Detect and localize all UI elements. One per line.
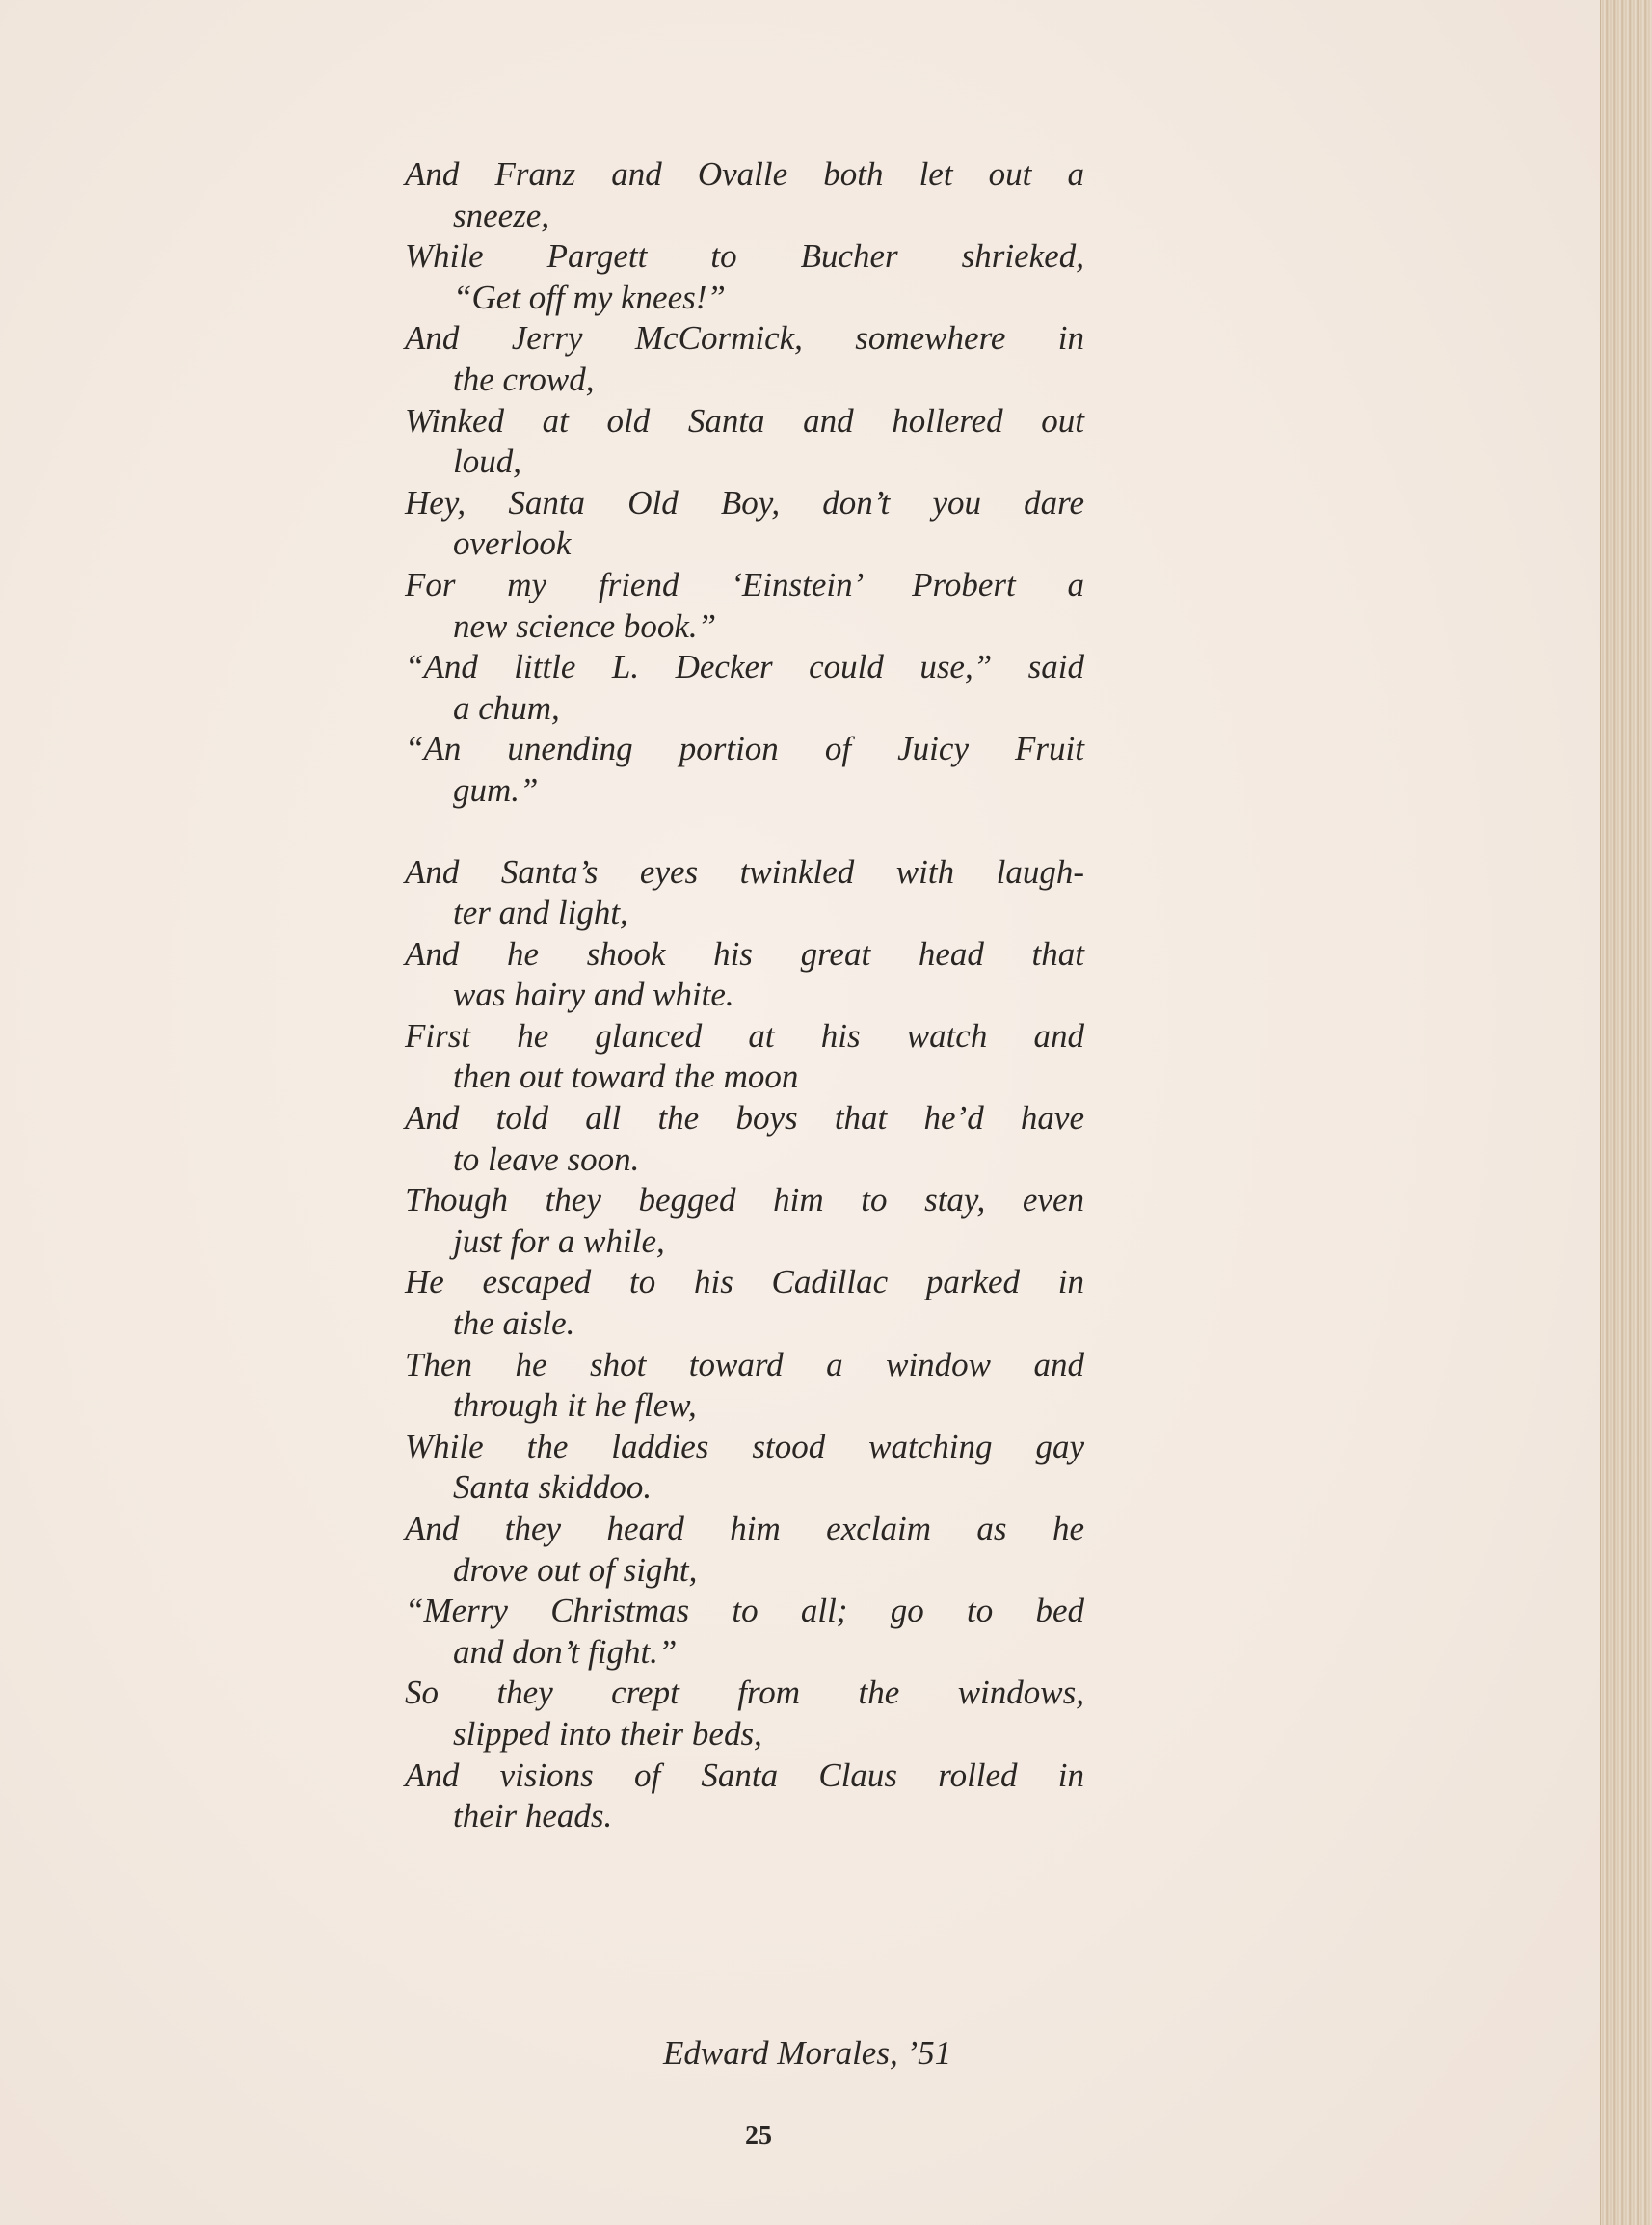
stanza-2: And Santa’s eyes twinkled with laugh-ter… [405,852,1084,1837]
verse-line: And visions of Santa Claus rolled inthei… [405,1756,1084,1837]
verse-line: “Merry Christmas to all; go to bedand do… [405,1591,1084,1673]
poem: And Franz and Ovalle both let out asneez… [405,154,1084,1837]
verse-line: He escaped to his Cadillac parked inthe … [405,1262,1084,1344]
verse-line: While Pargett to Bucher shrieked,“Get of… [405,236,1084,318]
verse-line: And Jerry McCormick, somewhere inthe cro… [405,318,1084,400]
verse-line: Hey, Santa Old Boy, don’t you dareoverlo… [405,483,1084,565]
verse-line: “An unending portion of Juicy Fruitgum.” [405,729,1084,811]
verse-line: First he glanced at his watch andthen ou… [405,1016,1084,1098]
verse-line: And they heard him exclaim as hedrove ou… [405,1509,1084,1591]
verse-line: “And little L. Decker could use,” saida … [405,647,1084,729]
verse-line: So they crept from the windows,slipped i… [405,1673,1084,1755]
verse-line: While the laddies stood watching gaySant… [405,1427,1084,1509]
verse-line: And Franz and Ovalle both let out asneez… [405,154,1084,236]
page-number: 25 [745,2121,772,2152]
verse-line: Though they begged him to stay, evenjust… [405,1180,1084,1262]
page-edge-stack [1600,0,1652,2225]
stanza-1: And Franz and Ovalle both let out asneez… [405,154,1084,812]
verse-line: And told all the boys that he’d haveto l… [405,1098,1084,1180]
verse-line: And he shook his great head thatwas hair… [405,934,1084,1016]
author-signature: Edward Morales, ’51 [663,2034,951,2073]
verse-line: Winked at old Santa and hollered outloud… [405,401,1084,483]
verse-line: Then he shot toward a window andthrough … [405,1345,1084,1427]
verse-line: For my friend ‘Einstein’ Probert anew sc… [405,565,1084,647]
verse-line: And Santa’s eyes twinkled with laugh-ter… [405,852,1084,934]
